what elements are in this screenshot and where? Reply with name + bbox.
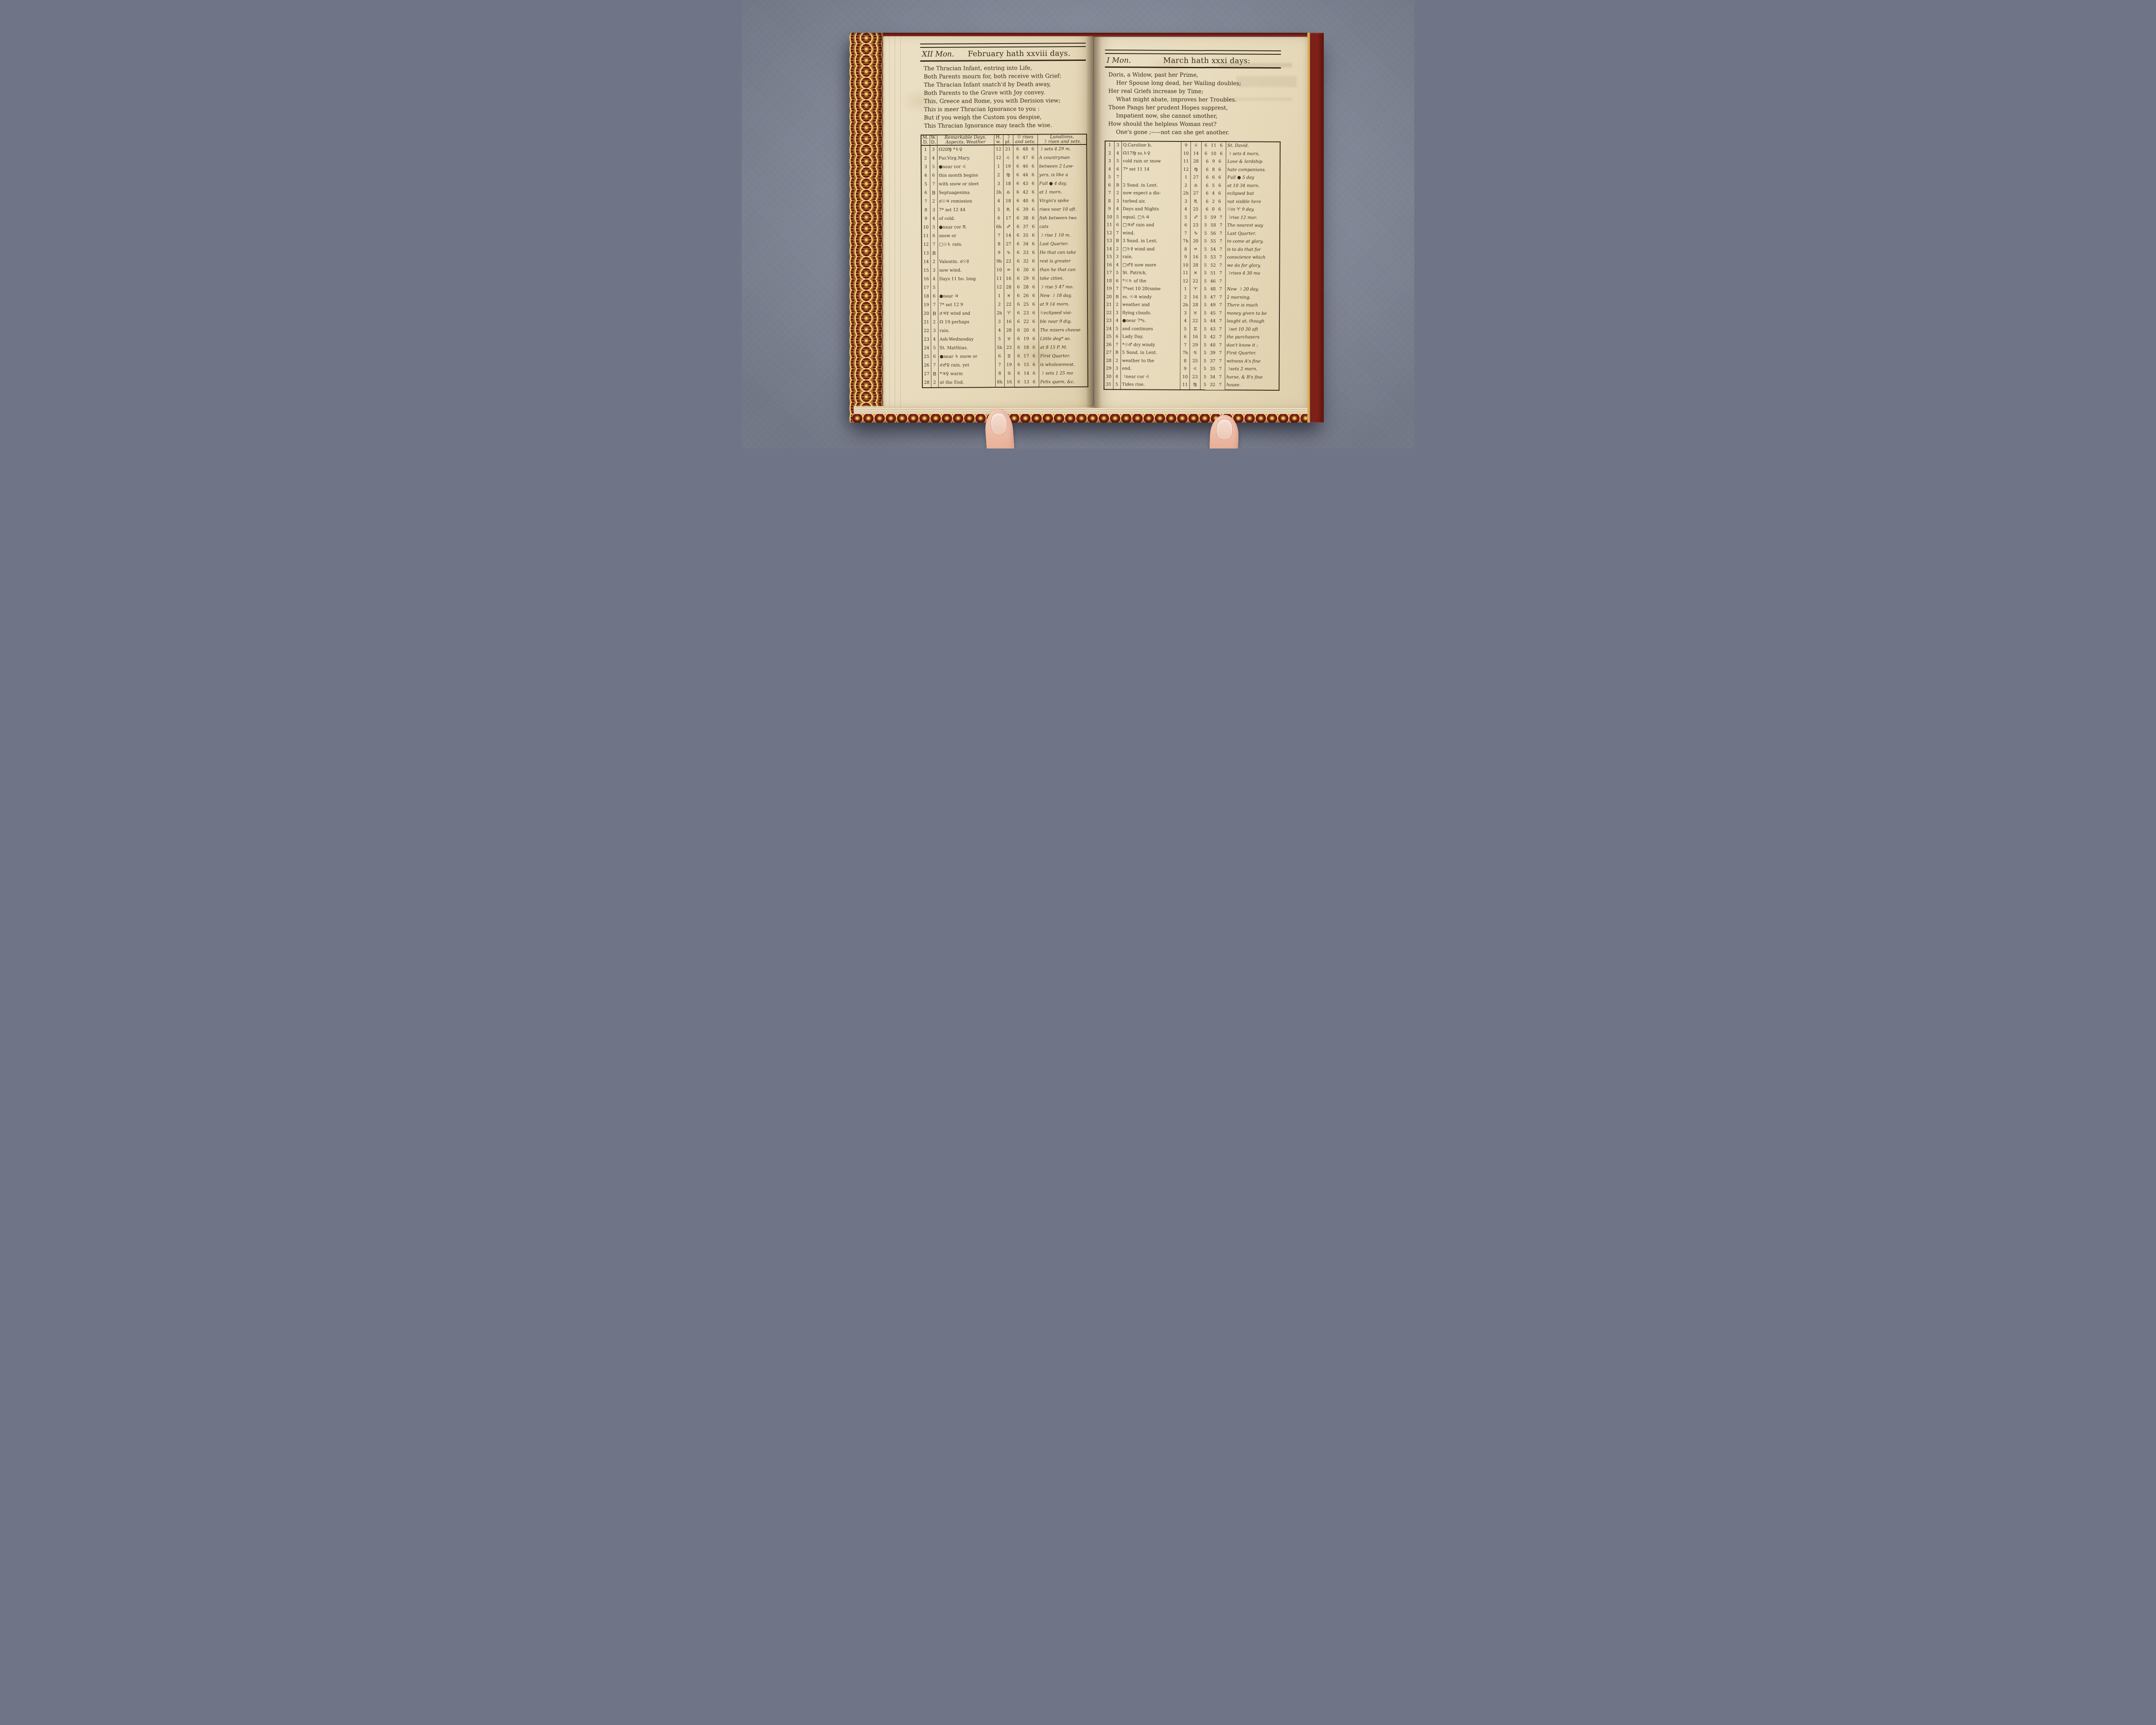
cell-sun: 5 58 7 <box>1201 222 1225 230</box>
cell-pl: ♐ <box>1003 223 1013 232</box>
cell-md: 9 <box>1105 205 1114 213</box>
cell-md: 24 <box>1104 325 1113 333</box>
cell-lun: at 9 14 morn. <box>1038 300 1087 309</box>
cell-pl: 17 <box>1003 214 1013 223</box>
cell-lun: New ☽ 18 day, <box>1038 292 1087 301</box>
cell-hw: 12 <box>994 145 1003 154</box>
col-header-moon-place: ☽pl. <box>1003 135 1013 145</box>
cell-sun: 6 17 6 <box>1014 352 1039 361</box>
table-row: 6BSeptuagesima3h♎6 42 6at 1 morn. <box>921 188 1087 198</box>
poem-line: Impatient now, she cannot smother, <box>1108 112 1280 121</box>
cell-pl: ♉ <box>1190 309 1200 317</box>
cell-hw: 8 <box>1180 357 1190 365</box>
table-row: 256Lady Day.6165 42 7the purchasers <box>1104 333 1279 342</box>
cell-sun: 6 22 6 <box>1014 318 1038 326</box>
cell-sun: 5 35 7 <box>1200 365 1225 373</box>
cell-sun: 6 43 6 <box>1013 180 1038 188</box>
cell-wd: 4 <box>1113 317 1121 325</box>
cell-md: 7 <box>1105 189 1114 198</box>
cell-aspect <box>1122 173 1181 182</box>
cell-hw: 10 <box>1181 261 1190 270</box>
cell-md: 5 <box>921 180 930 189</box>
cell-aspect: St. Patrick. <box>1121 269 1181 277</box>
cell-lun: conscience which <box>1225 254 1280 262</box>
cell-lun: laught at, though <box>1225 317 1279 326</box>
cell-pl: 25 <box>1191 206 1201 214</box>
cell-hw: 1 <box>995 292 1004 301</box>
table-row: 13Q.Caroline b.9♌6 11 6St. David. <box>1105 141 1280 150</box>
cell-wd: B <box>931 370 938 379</box>
cell-sun: 6 13 6 <box>1014 378 1039 387</box>
cell-aspect: rain. <box>1121 253 1181 261</box>
cell-pl: 23 <box>1004 344 1014 352</box>
cell-pl: ♏ <box>1191 198 1201 206</box>
cell-aspect: *☉♂ dry windy <box>1121 341 1181 349</box>
cell-lun: ble near 9 dig. <box>1038 317 1087 326</box>
cell-aspect: ss. ☉♃ windy <box>1121 293 1181 301</box>
cell-sun: 6 35 6 <box>1013 232 1038 240</box>
cell-sun: 6 38 6 <box>1013 214 1038 223</box>
cell-md: 25 <box>922 353 931 361</box>
poem-line: The Thracian Infant, entring into Life, <box>924 64 1085 73</box>
leaf-edge-lines <box>884 36 904 407</box>
cell-hw: 10 <box>1180 373 1190 381</box>
cell-sun: 6 5 6 <box>1201 182 1225 190</box>
cell-sun: 6 18 6 <box>1014 344 1039 352</box>
table-row: 6B2 Sund. in Lent.2♎6 5 6at 10 34 morn. <box>1105 182 1280 190</box>
cell-aspect: wind. <box>1121 229 1181 238</box>
cell-sun: 6 48 6 <box>1013 145 1037 154</box>
cell-wd: 3 <box>1113 309 1121 317</box>
cell-hw: 9 <box>1181 141 1191 150</box>
table-row: 35cold rain or snow11286 9 6Love & lords… <box>1105 157 1280 166</box>
cell-sun: 5 44 7 <box>1200 317 1225 326</box>
cell-md: 12 <box>921 241 930 249</box>
cell-aspect: ☽near cor ♌ <box>1121 373 1181 381</box>
cell-md: 11 <box>1105 221 1114 229</box>
cell-aspect: ☊ 19 perhaps <box>938 318 995 327</box>
cell-hw: 4 <box>1181 206 1191 214</box>
cell-wd: 2 <box>1114 245 1121 254</box>
poem-line: How should the helpless Woman rest? <box>1108 120 1280 129</box>
poem-line: This, Greece and Rome, you with Derision… <box>924 97 1085 106</box>
cell-md: 9 <box>921 215 930 223</box>
cell-hw: 6 <box>1181 222 1191 230</box>
table-row: 175St. Patrick.11♓5 51 7☽rises 4 30 mo <box>1104 269 1279 278</box>
cell-pl: 23 <box>1190 373 1200 381</box>
cell-lun: Full ● 5 day <box>1226 174 1280 182</box>
cell-pl: ♍ <box>1190 381 1200 390</box>
table-row: 142Valentin. ☌☉☿9h226 32 6rest is greate… <box>921 257 1087 267</box>
poem-line: One's gone ;-----not can she get another… <box>1108 128 1280 137</box>
cell-pl: 18 <box>1003 180 1013 188</box>
cell-sun: 5 53 7 <box>1201 254 1225 262</box>
table-row: 46this month begins2♍6 44 6yers, is like… <box>921 171 1087 180</box>
book-gutter-shadow <box>1086 36 1101 408</box>
cell-md: 17 <box>1104 269 1113 277</box>
table-row: 153now wind.10♒6 30 6than he that can <box>922 266 1087 275</box>
cell-sun: 6 40 6 <box>1013 197 1038 206</box>
cell-sun: 6 44 6 <box>1013 171 1037 180</box>
cell-lun: First Quarter. <box>1039 352 1088 361</box>
cell-md: 23 <box>1104 317 1113 325</box>
cell-aspect: Q.Caroline b. <box>1122 141 1181 150</box>
february-calendar-table: M.D. W.D. Remarkable Days,Aspects, Weath… <box>921 134 1088 388</box>
cell-hw: 12 <box>994 154 1003 163</box>
cell-hw: 7 <box>994 232 1003 240</box>
cell-hw: 11 <box>1181 158 1191 166</box>
cell-pl: 28 <box>1190 261 1200 270</box>
cell-md: 22 <box>1104 309 1113 317</box>
cell-aspect: □♂☿ now more <box>1121 261 1181 270</box>
cell-aspect: ☌♂♀ rain, yet <box>938 361 995 370</box>
table-row: 35●near cor ♌1196 46 6between 2 Law- <box>921 162 1087 172</box>
cell-wd: 3 <box>931 267 938 275</box>
cell-aspect: 7* set 12 9 <box>938 301 995 310</box>
cell-md: 13 <box>921 249 930 258</box>
cell-md: 6 <box>921 189 930 198</box>
cell-wd: 5 <box>931 344 938 353</box>
cell-wd: 7 <box>1114 173 1122 182</box>
cell-aspect: Lady Day. <box>1121 333 1181 341</box>
cell-hw: 2 <box>994 171 1003 180</box>
cell-wd: B <box>930 249 937 258</box>
cell-pl: 14 <box>1003 232 1013 240</box>
table-row: 105equal. □♄♃5♐5 59 7☽rise 12 mor. <box>1105 213 1280 222</box>
cell-wd: 6 <box>1114 221 1121 229</box>
table-row: 212☊ 19 perhaps3166 22 6ble near 9 dig. <box>922 317 1087 327</box>
cell-lun: New ☽ 20 day, <box>1225 285 1280 294</box>
cell-wd: 4 <box>930 215 937 223</box>
cell-md: 14 <box>921 258 930 267</box>
february-header: XII Mon. February hath xxviii days. <box>920 47 1086 60</box>
cell-hw: 12 <box>1181 277 1190 285</box>
table-row: 315Tides rise.11♍5 32 7house. <box>1104 381 1279 390</box>
poem-line: The Thracian Infant snatch'd by Death aw… <box>924 80 1085 89</box>
cell-aspect: turbed air. <box>1121 198 1181 206</box>
cell-wd: B <box>931 310 938 318</box>
cell-pl: 18 <box>1003 197 1013 206</box>
table-row: 72now expect a dis-2h276 4 6eclipsed but <box>1105 189 1280 198</box>
table-row: 186*☉♄ of the12225 46 7 <box>1104 277 1279 286</box>
cell-wd: B <box>1113 293 1121 301</box>
cell-wd: 3 <box>1113 365 1121 373</box>
cell-wd: 3 <box>930 145 937 154</box>
cell-sun: 5 46 7 <box>1200 278 1225 286</box>
cell-wd: 5 <box>931 284 938 292</box>
march-poem: Doris, a Widow, past her Prime, Her Spou… <box>1105 68 1281 141</box>
cell-lun: Love & lordship <box>1226 158 1280 166</box>
cell-md: 1 <box>1105 141 1114 150</box>
cell-wd: 4 <box>1114 261 1121 270</box>
cell-md: 3 <box>921 163 930 172</box>
cell-wd: 7 <box>931 361 938 370</box>
cell-aspect: of cold. <box>937 214 994 223</box>
cell-wd: 5 <box>1114 157 1122 166</box>
table-row: 24☊17♍ ss.♄♀10146 10 6☽ sets 4 morn, <box>1105 150 1280 158</box>
cell-sun: 6 34 6 <box>1013 240 1038 249</box>
cell-pl: ♓ <box>1190 270 1200 278</box>
cell-lun: ☽set 10 30 aft <box>1225 326 1279 334</box>
cell-wd: 6 <box>1113 277 1121 285</box>
table-row: 127□☉♄ rain.8276 34 6Last Quarter. <box>921 240 1087 249</box>
cell-wd: 7 <box>930 241 937 249</box>
cell-wd: 2 <box>1113 301 1121 309</box>
cell-pl: ♋ <box>1190 349 1200 358</box>
col-header-remarkable-days: Remarkable Days,Aspects, Weather <box>937 135 994 145</box>
cell-lun: at 8 15 P. M. <box>1039 343 1088 352</box>
month-title: March hath xxxi days: <box>1134 56 1279 65</box>
table-row: 186●near ♃1♓6 26 6New ☽ 18 day, <box>922 292 1087 301</box>
table-row: 837* set 12 445♏6 39 6rises near 10 aft. <box>921 205 1087 215</box>
cell-aspect: this month begins <box>937 171 994 180</box>
cell-sun: 6 11 6 <box>1201 141 1226 150</box>
cell-lun: Last Quarter. <box>1038 240 1087 249</box>
cell-lun: house. <box>1225 381 1279 390</box>
cell-sun: 5 55 7 <box>1201 238 1225 246</box>
cell-lun: There is much <box>1225 301 1279 310</box>
cell-lun: fish between two <box>1038 214 1087 223</box>
cell-lun: is to do that for <box>1225 246 1280 254</box>
cell-md: 25 <box>1104 333 1113 341</box>
cell-lun: Full ● 4 day, <box>1038 179 1087 188</box>
cell-sun: 6 15 6 <box>1014 361 1039 370</box>
cell-sun: 6 42 6 <box>1013 188 1038 197</box>
cell-lun: rest is greater <box>1038 257 1087 266</box>
cell-hw: 6h <box>994 223 1003 232</box>
cell-wd: 3 <box>931 327 938 336</box>
table-row: 57with snow or sleet3186 43 6Full ● 4 da… <box>921 179 1087 189</box>
poem-line: Those Pangs her prudent Hopes supprest, <box>1108 103 1280 113</box>
cell-aspect: Days 11 ho. long <box>938 275 995 284</box>
table-row: 142□♄☿ wind and8♒5 54 7is to do that for <box>1105 245 1280 254</box>
left-thumb-nail <box>990 412 1008 436</box>
cell-aspect: ●near ♄ snow or <box>938 352 995 361</box>
table-row: 234●near 7*s.4225 44 7laught at, though <box>1104 317 1279 326</box>
cell-wd: 2 <box>930 258 937 267</box>
cell-wd: 5 <box>1113 381 1120 389</box>
cell-md: 2 <box>921 154 930 163</box>
cell-sun: 6 19 6 <box>1014 335 1038 344</box>
cell-wd: 5 <box>1114 269 1121 277</box>
cell-md: 1 <box>921 145 930 154</box>
cell-wd: 4 <box>1113 373 1120 381</box>
cell-md: 26 <box>1104 341 1113 349</box>
cell-aspect: flying clouds. <box>1121 309 1181 317</box>
cell-aspect: Septuagesima <box>937 188 994 198</box>
cell-md: 11 <box>921 232 930 241</box>
cell-hw: 2h <box>1181 190 1191 198</box>
cell-hw: 1 <box>1181 285 1190 294</box>
cell-aspect: 7*set 10 20(same <box>1121 285 1181 293</box>
cell-lun: He that can take <box>1038 248 1087 257</box>
cell-lun: take cities. <box>1038 274 1087 283</box>
cell-sun: 6 30 6 <box>1014 266 1038 275</box>
cell-md: 24 <box>922 344 931 353</box>
cell-sun: 5 37 7 <box>1200 358 1225 366</box>
cell-aspect: Pur.Virg.Mary. <box>937 154 994 163</box>
table-row: 212weather and2h285 49 7There is much <box>1104 301 1279 310</box>
cell-sun: 5 51 7 <box>1200 270 1225 278</box>
cell-hw: 5 <box>995 335 1004 344</box>
cell-aspect: ●near cor ♌ <box>937 163 994 172</box>
cell-pl: 22 <box>1004 301 1014 309</box>
cell-pl: ♋ <box>1004 370 1014 378</box>
poem-line: This Thracian Ignorance may teach the wi… <box>924 121 1085 130</box>
cell-wd: B <box>930 189 937 198</box>
table-row: 267☌♂♀ rain, yet7196 15 6is wholesomest. <box>922 361 1088 370</box>
cell-hw: 2 <box>995 301 1004 309</box>
march-print-block: I Mon. March hath xxxi days: Doris, a Wi… <box>1103 50 1281 395</box>
cell-md: 21 <box>1104 301 1113 309</box>
col-header-lunations: Lunations,☽ rises and sets. <box>1037 134 1087 145</box>
cell-lun: is wholesomest. <box>1039 361 1088 370</box>
cell-lun: yers, is like a <box>1037 171 1087 180</box>
cell-aspect: Ash-Wednesday <box>938 335 995 344</box>
cell-sun: 6 39 6 <box>1013 206 1038 214</box>
cell-sun: 5 32 7 <box>1200 381 1225 390</box>
cell-aspect: *☉♄ of the <box>1121 277 1181 285</box>
cell-aspect: now expect a dis- <box>1121 189 1181 198</box>
table-row: 1977* set 12 92226 25 6at 9 14 morn. <box>922 300 1087 310</box>
cell-sun: 6 28 6 <box>1014 283 1038 292</box>
cell-lun: hate companions. <box>1226 166 1280 174</box>
table-row: 304☽near cor ♌10235 34 7horse, & B's fin… <box>1104 373 1279 382</box>
cell-lun: ☽ rise 1 10 m. <box>1038 231 1087 240</box>
cell-pl: 22 <box>1190 317 1200 326</box>
cell-sun: 6 9 6 <box>1201 158 1226 166</box>
cell-hw: 4 <box>1181 317 1190 326</box>
cell-pl: ♌ <box>1190 365 1200 373</box>
cell-hw: 8 <box>994 240 1003 249</box>
cell-pl: 23 <box>1191 222 1201 230</box>
cell-wd: 6 <box>930 232 937 241</box>
cell-wd: 5 <box>1113 325 1121 333</box>
cell-pl: ♌ <box>1191 141 1201 150</box>
cell-hw: 10 <box>995 266 1004 275</box>
cell-md: 27 <box>1104 349 1113 357</box>
cell-wd: 3 <box>1114 198 1121 206</box>
cell-pl: ♈ <box>1190 285 1200 294</box>
cell-md: 28 <box>1104 357 1113 365</box>
cell-aspect: end. <box>1121 365 1181 373</box>
cell-lun: money given to be <box>1225 310 1279 318</box>
table-row: 116□♃♂ rain and6235 58 7The nearest way <box>1105 221 1280 230</box>
cell-lun: ☽ sets 4 morn, <box>1226 150 1280 158</box>
cell-md: 16 <box>922 275 931 284</box>
cell-lun: ☽rises 4 30 mo <box>1225 270 1280 278</box>
cell-hw: 7h <box>1180 349 1190 358</box>
cell-pl: ♓ <box>1004 292 1014 301</box>
cell-hw: 5h <box>995 344 1004 352</box>
cell-md: 10 <box>1105 213 1114 222</box>
table-row: 164Days 11 ho. long11166 29 6take cities… <box>922 274 1087 284</box>
cell-lun: rises near 10 aft. <box>1038 205 1087 214</box>
poem-line: This is meer Thracian Ignorance to you : <box>924 105 1085 114</box>
cell-sun: 6 23 6 <box>1014 309 1038 318</box>
cell-pl: ♑ <box>1191 229 1201 238</box>
cell-pl: 28 <box>1004 326 1014 335</box>
cell-wd: 7 <box>1113 341 1121 349</box>
cell-wd: 7 <box>1114 229 1121 238</box>
table-row: 234Ash-Wednesday5♉6 19 6Little dog* so. <box>922 335 1087 344</box>
cell-lun: The nearest way <box>1225 222 1280 230</box>
cell-hw: 2h <box>1181 301 1190 310</box>
cell-pl: 21 <box>1003 145 1013 154</box>
cell-hw: 1 <box>994 163 1003 171</box>
cell-hw: 8h <box>995 378 1004 387</box>
cell-aspect: □♃♂ rain and <box>1121 221 1181 229</box>
cell-aspect: at the End. <box>938 378 995 388</box>
cell-pl: 27 <box>1191 190 1201 198</box>
cell-aspect: weather and <box>1121 301 1181 309</box>
table-row: 116snow or7146 35 6☽ rise 1 10 m. <box>921 231 1087 241</box>
cell-lun <box>1225 278 1280 286</box>
cell-aspect: St. Matthias. <box>938 344 995 353</box>
cell-pl: 16 <box>1004 378 1014 387</box>
poem-line: What might abate, improves her Troubles. <box>1108 95 1280 104</box>
march-calendar-table: 13Q.Caroline b.9♌6 11 6St. David.24☊17♍ … <box>1103 141 1281 390</box>
left-page: XII Mon. February hath xxviii days. The … <box>883 36 1093 407</box>
table-row: 94of cold.6176 38 6fish between two <box>921 214 1087 223</box>
cell-md: 13 <box>1105 237 1114 245</box>
cell-md: 23 <box>922 336 931 344</box>
cell-aspect <box>937 249 994 258</box>
cell-lun: Felix quem, &c. <box>1039 378 1088 387</box>
cell-pl: ♍ <box>1191 166 1201 174</box>
cell-aspect: snow or <box>937 232 994 241</box>
cell-lun: the purchasers <box>1225 333 1279 342</box>
table-row: 223flying clouds.3♉5 45 7money given to … <box>1104 309 1279 318</box>
cell-wd: 6 <box>1114 166 1122 174</box>
cell-wd: 4 <box>1114 150 1122 158</box>
cell-aspect: Days and Nights <box>1121 205 1181 213</box>
cell-wd: 2 <box>931 379 938 388</box>
cell-sun: 5 42 7 <box>1200 333 1225 342</box>
cell-hw: 4 <box>994 197 1003 206</box>
col-header-week-day: W.D. <box>930 135 937 145</box>
cell-lun: ☉eclipsed visi- <box>1038 309 1087 318</box>
cell-lun: ☽sets 2 morn. <box>1225 365 1279 373</box>
cell-sun: 5 47 7 <box>1200 294 1225 302</box>
cell-lun: don't know it ; <box>1225 342 1279 350</box>
cell-md: 28 <box>922 379 931 388</box>
cell-aspect: ☊17♍ ss.♄♀ <box>1122 150 1181 158</box>
cell-aspect: cold rain or snow <box>1122 157 1181 166</box>
cell-hw: 3 <box>994 180 1003 188</box>
cell-aspect: with snow or sleet <box>937 180 994 189</box>
cell-sun: 5 34 7 <box>1200 373 1225 382</box>
cell-md: 20 <box>1104 293 1113 301</box>
right-thumb-nail <box>1216 419 1233 440</box>
table-row: 72☌☉♃ remission4186 40 6Virgin's spike <box>921 197 1087 206</box>
cell-aspect: ☌☉♃ remission <box>937 197 994 206</box>
cell-aspect: *♃♀ warm <box>938 370 995 379</box>
cell-wd: 5 <box>1114 213 1121 222</box>
table-row: 245and continues5♊5 43 7☽set 10 30 aft <box>1104 325 1279 334</box>
cell-sun: 6 8 6 <box>1201 166 1226 174</box>
cell-pl: 14 <box>1191 150 1201 158</box>
cell-wd: 5 <box>930 163 937 172</box>
cell-sun: 5 56 7 <box>1201 230 1225 238</box>
cell-aspect: ☌♃☿ wind and <box>938 309 995 318</box>
gilt-fore-edge <box>849 33 883 423</box>
cell-aspect: ●near cor ♏ <box>937 223 994 232</box>
cell-hw: 5 <box>1181 213 1191 222</box>
cell-md: 22 <box>922 327 931 336</box>
cell-wd: 4 <box>1114 205 1121 213</box>
march-header: I Mon. March hath xxxi days: <box>1105 54 1281 67</box>
